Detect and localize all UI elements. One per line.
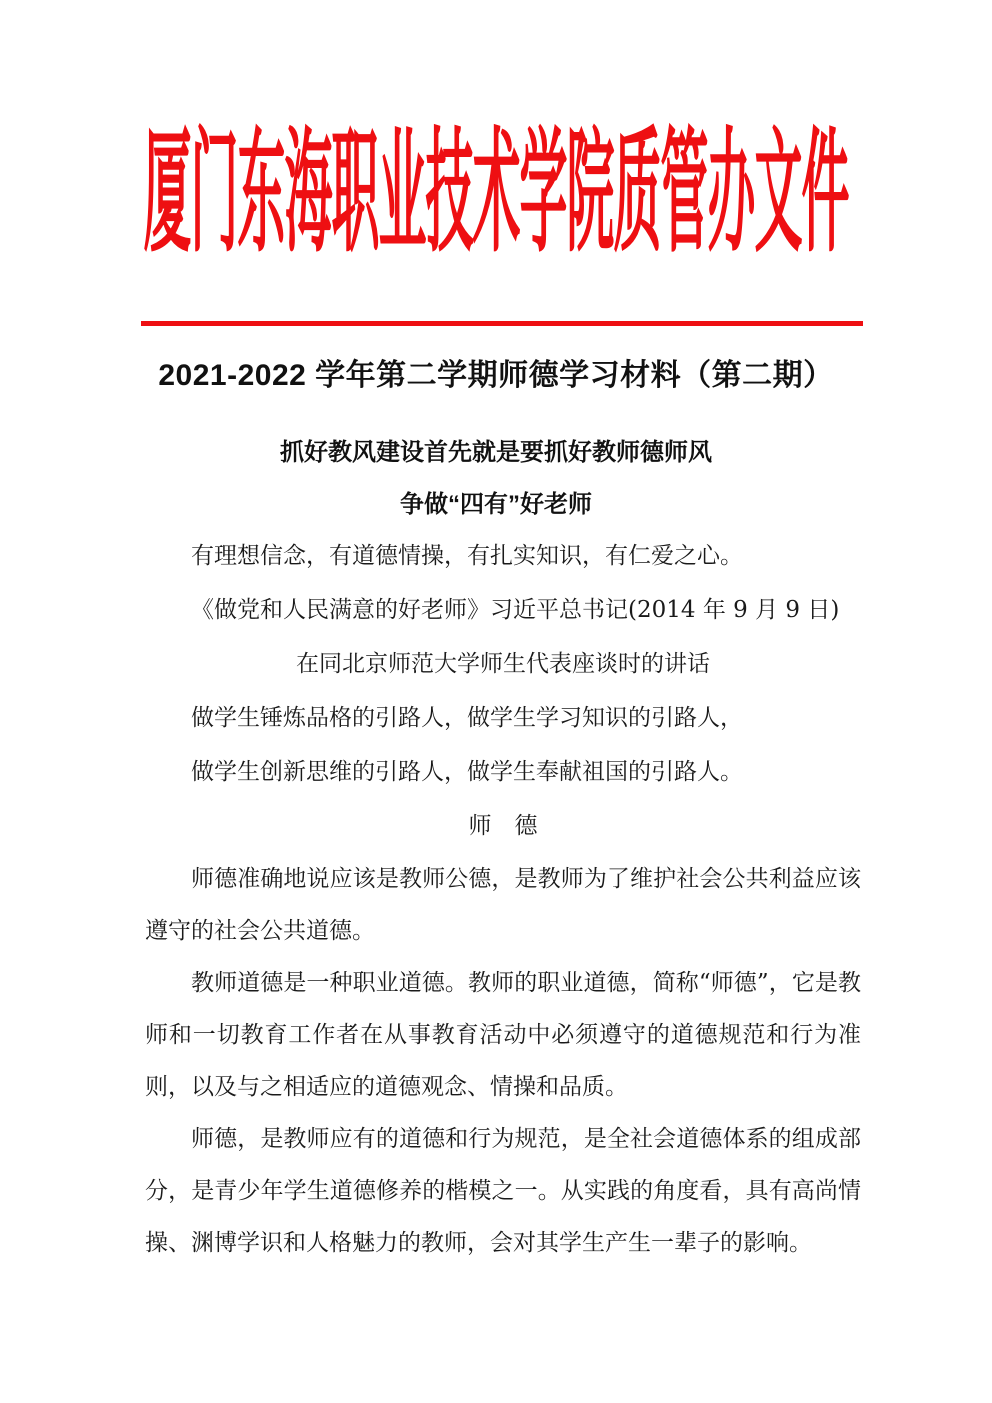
banner-title: 厦门东海职业技术学院质管办文件 — [143, 127, 848, 261]
section-heading: 师 德 — [145, 799, 861, 853]
body-paragraph-1: 师德准确地说应该是教师公德，是教师为了维护社会公共利益应该遵守的社会公共道德。 — [145, 853, 861, 957]
subtitle-1: 抓好教风建设首先就是要抓好教师德师风 — [0, 436, 992, 470]
header-banner: 厦门东海职业技术学院质管办文件 — [0, 124, 992, 264]
quote-line-1: 有理想信念，有道德情操，有扎实知识，有仁爱之心。 — [145, 529, 861, 583]
page-title: 2021-2022 学年第二学期师德学习材料（第二期） — [0, 356, 992, 396]
document-page: 厦门东海职业技术学院质管办文件 2021-2022 学年第二学期师德学习材料（第… — [0, 0, 992, 1403]
body-paragraph-2: 教师道德是一种职业道德。教师的职业道德，简称“师德”，它是教师和一切教育工作者在… — [145, 957, 861, 1113]
quote-line-3: 在同北京师范大学师生代表座谈时的讲话 — [145, 637, 861, 691]
subtitle-2: 争做“四有”好老师 — [0, 488, 992, 522]
red-divider-rule — [141, 321, 863, 326]
quote-line-2: 《做党和人民满意的好老师》习近平总书记(2014 年 9 月 9 日) — [145, 583, 861, 637]
quote-line-4: 做学生锤炼品格的引路人，做学生学习知识的引路人， — [145, 691, 861, 745]
quote-section: 有理想信念，有道德情操，有扎实知识，有仁爱之心。 《做党和人民满意的好老师》习近… — [145, 529, 861, 853]
quote-line-5: 做学生创新思维的引路人，做学生奉献祖国的引路人。 — [145, 745, 861, 799]
body-paragraph-3: 师德，是教师应有的道德和行为规范，是全社会道德体系的组成部分，是青少年学生道德修… — [145, 1113, 861, 1269]
body-section: 师德准确地说应该是教师公德，是教师为了维护社会公共利益应该遵守的社会公共道德。 … — [145, 853, 861, 1269]
